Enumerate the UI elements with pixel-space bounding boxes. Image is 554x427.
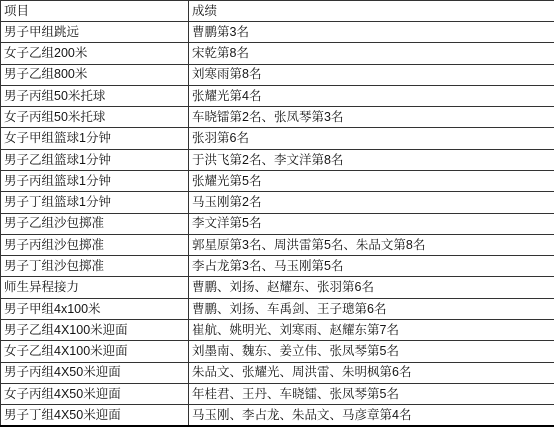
result-cell: 宋乾第8名 <box>189 43 554 64</box>
table-row: 师生异程接力曹鹏、刘扬、赵耀东、张羽第6名 <box>1 277 554 298</box>
result-cell: 李文洋第5名 <box>189 213 554 234</box>
table-row: 男子丙组篮球1分钟张耀光第5名 <box>1 170 554 191</box>
event-cell: 男子乙组沙包掷准 <box>1 213 189 234</box>
event-cell: 师生异程接力 <box>1 277 189 298</box>
results-table-header: 项目 成绩 <box>1 1 554 22</box>
result-cell: 刘寒雨第8名 <box>189 64 554 85</box>
results-table: 项目 成绩 男子甲组跳远曹鹏第3名女子乙组200米宋乾第8名男子乙组800米刘寒… <box>0 0 554 427</box>
table-row: 男子乙组沙包掷准李文洋第5名 <box>1 213 554 234</box>
event-cell: 男子甲组跳远 <box>1 22 189 43</box>
result-cell: 马玉刚、李占龙、朱品文、马彦章第4名 <box>189 405 554 426</box>
event-cell: 男子丁组沙包掷准 <box>1 256 189 277</box>
table-row: 男子乙组篮球1分钟于洪飞第2名、李文洋第8名 <box>1 149 554 170</box>
header-row: 项目 成绩 <box>1 1 554 22</box>
table-row: 男子丁组篮球1分钟马玉刚第2名 <box>1 192 554 213</box>
result-cell: 李占龙第3名、马玉刚第5名 <box>189 256 554 277</box>
event-cell: 女子乙组200米 <box>1 43 189 64</box>
result-cell: 崔航、姚明光、刘寒雨、赵耀东第7名 <box>189 319 554 340</box>
event-cell: 男子乙组篮球1分钟 <box>1 149 189 170</box>
event-cell: 男子乙组800米 <box>1 64 189 85</box>
table-row: 男子乙组4X100米迎面崔航、姚明光、刘寒雨、赵耀东第7名 <box>1 319 554 340</box>
table-row: 女子乙组4X100米迎面刘墨南、魏东、姜立伟、张凤琴第5名 <box>1 341 554 362</box>
event-cell: 女子甲组篮球1分钟 <box>1 128 189 149</box>
event-cell: 女子丙组50米托球 <box>1 107 189 128</box>
result-cell: 朱品文、张耀光、周洪雷、朱明枫第6名 <box>189 362 554 383</box>
event-cell: 男子丁组篮球1分钟 <box>1 192 189 213</box>
table-row: 男子甲组4x100米曹鹏、刘扬、车禹剑、王子璁第6名 <box>1 298 554 319</box>
table-row: 女子丙组4X50米迎面年桂君、王丹、车晓镭、张凤琴第5名 <box>1 383 554 404</box>
result-cell: 年桂君、王丹、车晓镭、张凤琴第5名 <box>189 383 554 404</box>
result-cell: 曹鹏第3名 <box>189 22 554 43</box>
result-cell: 于洪飞第2名、李文洋第8名 <box>189 149 554 170</box>
event-cell: 男子甲组4x100米 <box>1 298 189 319</box>
result-cell: 张耀光第5名 <box>189 170 554 191</box>
table-row: 男子乙组800米刘寒雨第8名 <box>1 64 554 85</box>
table-row: 女子甲组篮球1分钟张羽第6名 <box>1 128 554 149</box>
table-row: 男子丙组50米托球张耀光第4名 <box>1 85 554 106</box>
event-cell: 男子乙组4X100米迎面 <box>1 319 189 340</box>
event-cell: 男子丙组50米托球 <box>1 85 189 106</box>
results-table-body: 男子甲组跳远曹鹏第3名女子乙组200米宋乾第8名男子乙组800米刘寒雨第8名男子… <box>1 22 554 427</box>
result-cell: 马玉刚第2名 <box>189 192 554 213</box>
result-cell: 张羽第6名 <box>189 128 554 149</box>
event-cell: 男子丁组4X50米迎面 <box>1 405 189 426</box>
table-row: 男子甲组跳远曹鹏第3名 <box>1 22 554 43</box>
event-cell: 男子丙组沙包掷准 <box>1 234 189 255</box>
result-cell: 张耀光第4名 <box>189 85 554 106</box>
result-cell: 车晓镭第2名、张凤琴第3名 <box>189 107 554 128</box>
event-cell: 男子丙组篮球1分钟 <box>1 170 189 191</box>
table-row: 男子丙组沙包掷准郭星原第3名、周洪雷第5名、朱品文第8名 <box>1 234 554 255</box>
result-cell: 刘墨南、魏东、姜立伟、张凤琴第5名 <box>189 341 554 362</box>
event-cell: 女子丙组4X50米迎面 <box>1 383 189 404</box>
column-header-event: 项目 <box>1 1 189 22</box>
result-cell: 曹鹏、刘扬、车禹剑、王子璁第6名 <box>189 298 554 319</box>
table-row: 女子乙组200米宋乾第8名 <box>1 43 554 64</box>
table-row: 男子丙组4X50米迎面朱品文、张耀光、周洪雷、朱明枫第6名 <box>1 362 554 383</box>
column-header-result: 成绩 <box>189 1 554 22</box>
table-row: 男子丁组4X50米迎面马玉刚、李占龙、朱品文、马彦章第4名 <box>1 405 554 426</box>
result-cell: 曹鹏、刘扬、赵耀东、张羽第6名 <box>189 277 554 298</box>
event-cell: 女子乙组4X100米迎面 <box>1 341 189 362</box>
result-cell: 郭星原第3名、周洪雷第5名、朱品文第8名 <box>189 234 554 255</box>
table-row: 男子丁组沙包掷准李占龙第3名、马玉刚第5名 <box>1 256 554 277</box>
table-row: 女子丙组50米托球车晓镭第2名、张凤琴第3名 <box>1 107 554 128</box>
event-cell: 男子丙组4X50米迎面 <box>1 362 189 383</box>
